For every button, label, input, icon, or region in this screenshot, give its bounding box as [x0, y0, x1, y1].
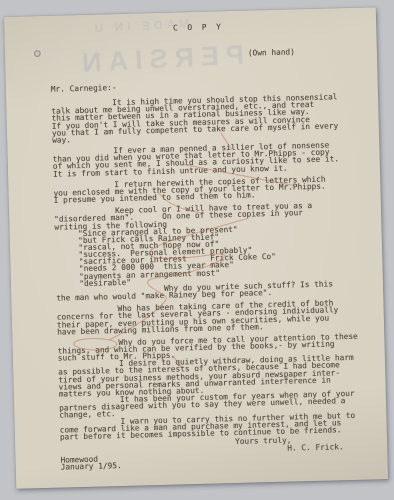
letter-paragraphs: It is high time you should stop this non…: [51, 93, 379, 441]
scanned-letter-photo: { "colors":{ "backdrop":"#c1c3c7", "pape…: [0, 0, 394, 500]
paragraph: Who has been taking care of the credit o…: [56, 299, 376, 336]
signature: H. C. Frick.: [287, 442, 344, 452]
salutation: Mr. Carnegie:-: [51, 77, 370, 93]
paragraph: If ever a man penned a sillier lot of no…: [52, 140, 372, 177]
own-hand-label: (Own hand): [248, 47, 295, 57]
paragraph: Why do you force me to call your attenti…: [57, 332, 379, 441]
copy-label: C O P Y: [4, 18, 376, 37]
closing-valediction: Yours truly,: [235, 436, 292, 446]
paragraph: I return herewith the copies of letters …: [53, 174, 372, 204]
paragraph: It is high time you should stop this non…: [51, 93, 371, 144]
hole-punch: [34, 50, 41, 57]
letter-body: Mr. Carnegie:- It is high time you shoul…: [51, 77, 379, 440]
date-line: January 1/95.: [61, 461, 122, 472]
watermark-persian-text: PERSIAN: [8, 40, 244, 83]
paragraph: Keep cool or I will have to treat you as…: [54, 201, 375, 302]
paper-sheet: MADE IN U PERSIAN C O P Y (Own hand) Mr.…: [4, 7, 388, 489]
